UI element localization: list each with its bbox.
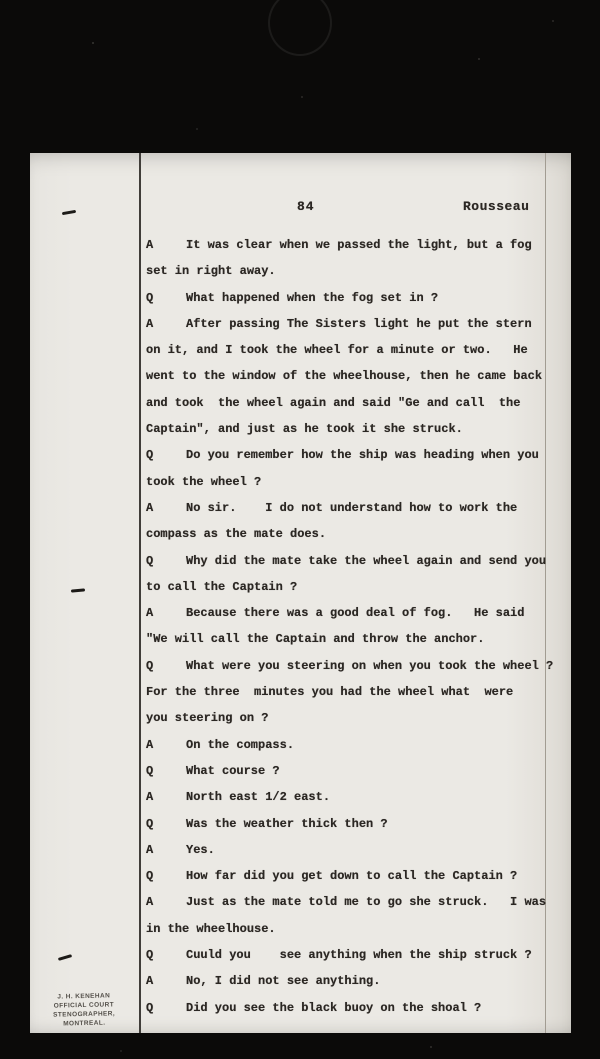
transcript-line: compass as the mate does. [146, 527, 566, 553]
transcript-line: and took the wheel again and said "Ge an… [146, 396, 566, 422]
line-text: on it, and I took the wheel for a minute… [146, 343, 528, 357]
line-text: North east 1/2 east. [186, 790, 330, 804]
transcript-line: AAfter passing The Sisters light he put … [146, 317, 566, 343]
speaker-label: Q [146, 448, 186, 462]
line-text: How far did you get down to call the Cap… [186, 869, 517, 883]
line-text: Did you see the black buoy on the shoal … [186, 1001, 481, 1015]
speaker-label: Q [146, 948, 186, 962]
speaker-label: A [146, 974, 186, 988]
line-text: compass as the mate does. [146, 527, 326, 541]
speaker-label: Q [146, 554, 186, 568]
speaker-label: Q [146, 1001, 186, 1015]
transcript-line: set in right away. [146, 264, 566, 290]
transcript-line: on it, and I took the wheel for a minute… [146, 343, 566, 369]
transcript-line: QWhat happened when the fog set in ? [146, 291, 566, 317]
line-text: On the compass. [186, 738, 294, 752]
transcript-line: AYes. [146, 843, 566, 869]
line-text: took the wheel ? [146, 475, 261, 489]
transcript-line: ANo sir. I do not understand how to work… [146, 501, 566, 527]
transcript-line: For the three minutes you had the wheel … [146, 685, 566, 711]
speaker-label: Q [146, 659, 186, 673]
line-text: It was clear when we passed the light, b… [186, 238, 532, 252]
line-text: to call the Captain ? [146, 580, 297, 594]
line-text: Was the weather thick then ? [186, 817, 388, 831]
line-text: Just as the mate told me to go she struc… [186, 895, 546, 909]
transcript-line: went to the window of the wheelhouse, th… [146, 369, 566, 395]
transcript-line: you steering on ? [146, 711, 566, 737]
transcript-line: took the wheel ? [146, 475, 566, 501]
speaker-label: A [146, 738, 186, 752]
transcript-line: ABecause there was a good deal of fog. H… [146, 606, 566, 632]
speaker-label: Q [146, 817, 186, 831]
line-text: No, I did not see anything. [186, 974, 380, 988]
stenographer-stamp: J. H. KENEHAN OFFICIAL COURT STENOGRAPHE… [26, 991, 143, 1029]
transcript-line: in the wheelhouse. [146, 922, 566, 948]
transcript-line: AJust as the mate told me to go she stru… [146, 895, 566, 921]
line-text: Because there was a good deal of fog. He… [186, 606, 524, 620]
transcript-line: ANorth east 1/2 east. [146, 790, 566, 816]
transcript-line: QWhat course ? [146, 764, 566, 790]
transcript-line: QWas the weather thick then ? [146, 817, 566, 843]
speaker-label: A [146, 790, 186, 804]
transcript-line: "We will call the Captain and throw the … [146, 632, 566, 658]
page-number: 84 [297, 199, 315, 214]
speaker-label: Q [146, 291, 186, 305]
line-text: What were you steering on when you took … [186, 659, 553, 673]
line-text: For the three minutes you had the wheel … [146, 685, 513, 699]
transcript-line: AOn the compass. [146, 738, 566, 764]
transcript-line: QHow far did you get down to call the Ca… [146, 869, 566, 895]
transcript-line: QDo you remember how the ship was headin… [146, 448, 566, 474]
transcript-line: AIt was clear when we passed the light, … [146, 238, 566, 264]
speaker-label: Q [146, 764, 186, 778]
transcript-line: ANo, I did not see anything. [146, 974, 566, 1000]
line-text: Captain", and just as he took it she str… [146, 422, 463, 436]
line-text: No sir. I do not understand how to work … [186, 501, 517, 515]
line-text: Why did the mate take the wheel again an… [186, 554, 546, 568]
line-text: What happened when the fog set in ? [186, 291, 438, 305]
transcript-line: QCuuld you see anything when the ship st… [146, 948, 566, 974]
witness-name: Rousseau [463, 199, 529, 214]
transcript-line: Captain", and just as he took it she str… [146, 422, 566, 448]
left-margin-rule [139, 153, 141, 1033]
line-text: Yes. [186, 843, 215, 857]
speaker-label: A [146, 501, 186, 515]
line-text: you steering on ? [146, 711, 268, 725]
speaker-label: A [146, 895, 186, 909]
line-text: in the wheelhouse. [146, 922, 276, 936]
speaker-label: Q [146, 869, 186, 883]
line-text: What course ? [186, 764, 280, 778]
line-text: and took the wheel again and said "Ge an… [146, 396, 520, 410]
transcript-line: to call the Captain ? [146, 580, 566, 606]
line-text: Cuuld you see anything when the ship str… [186, 948, 532, 962]
transcript-line: QDid you see the black buoy on the shoal… [146, 1001, 566, 1027]
line-text: went to the window of the wheelhouse, th… [146, 369, 542, 383]
line-text: "We will call the Captain and throw the … [146, 632, 484, 646]
line-text: After passing The Sisters light he put t… [186, 317, 532, 331]
scanned-transcript-page: 84 Rousseau AIt was clear when we passed… [0, 0, 600, 1059]
transcript-line: QWhat were you steering on when you took… [146, 659, 566, 685]
line-text: Do you remember how the ship was heading… [186, 448, 539, 462]
line-text: set in right away. [146, 264, 276, 278]
speaker-label: A [146, 238, 186, 252]
speaker-label: A [146, 843, 186, 857]
dust-specks [0, 0, 2, 2]
speaker-label: A [146, 317, 186, 331]
transcript-block: AIt was clear when we passed the light, … [146, 238, 566, 1027]
scanner-circle-mark [268, 0, 332, 56]
transcript-line: QWhy did the mate take the wheel again a… [146, 554, 566, 580]
speaker-label: A [146, 606, 186, 620]
